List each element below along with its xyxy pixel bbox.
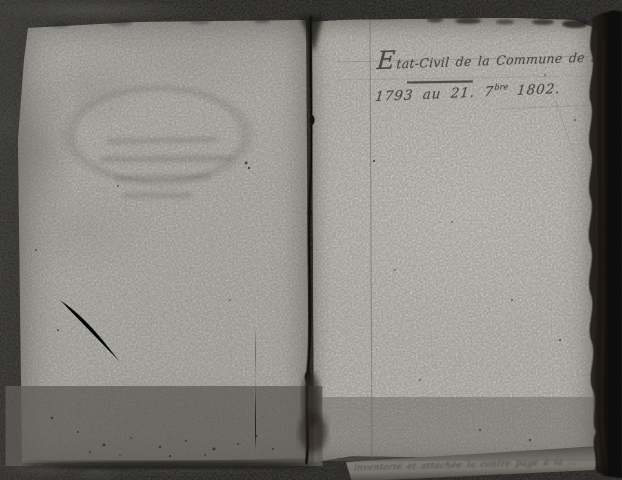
bleed-through-line: [100, 155, 234, 162]
date-prefix: 1793 au 21. 7: [374, 84, 494, 105]
bleed-through-line: [122, 193, 192, 198]
handwritten-date-range: 1793 au 21. 7bre 1802.: [374, 80, 561, 105]
handwritten-title: Etat-Civil de la Commune de St andré:: [376, 36, 622, 75]
archive-scan: Etat-Civil de la Commune de St andré: 17…: [0, 0, 622, 480]
bleed-through-line: [114, 174, 212, 181]
right-title-page: Etat-Civil de la Commune de St andré: 17…: [312, 18, 598, 464]
bottom-edge-inscription: inventorié et attachée la contre page à …: [353, 457, 577, 473]
bleed-through-line: [106, 137, 218, 144]
date-superscript: bre: [494, 82, 509, 92]
left-blank-page: [18, 20, 309, 464]
date-suffix: 1802.: [507, 81, 561, 99]
